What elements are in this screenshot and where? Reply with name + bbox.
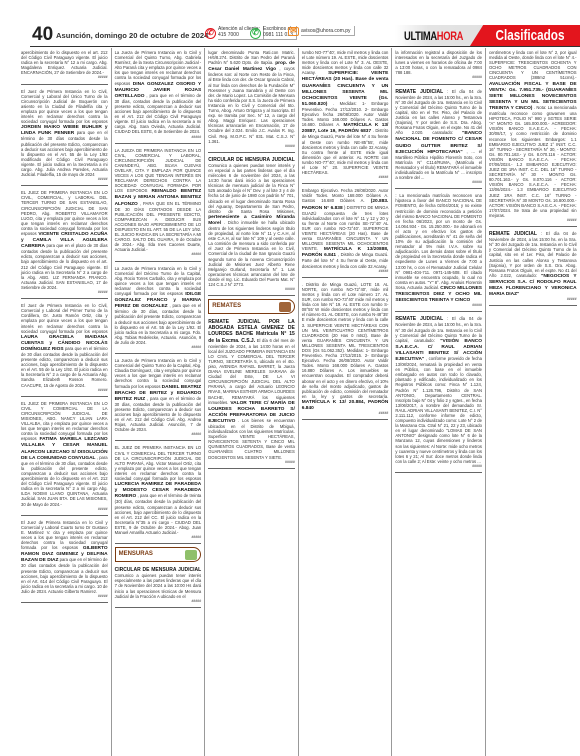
- ad-body: . Dicho inmueble se halla ubicado dentro…: [208, 220, 295, 287]
- ad-body: Comunico a quienes puedan tener interés …: [115, 573, 202, 598]
- ad-body: apercibimiento de lo dispuesto en el art…: [21, 50, 108, 75]
- column-5: la información registral a disposición d…: [392, 48, 486, 756]
- section-banner-remates: REMATES: [208, 299, 295, 314]
- ad-ref-tag: #####: [21, 290, 108, 295]
- ad-body: , para que en el término de 30 días, con…: [115, 93, 202, 135]
- classified-ad: REMATE JUDICIAL : El día 04 de Noviembre…: [489, 229, 577, 306]
- ad-body: La Jueza de Primera Instancia en lo Civi…: [115, 50, 202, 86]
- ad-ref-tag: #####: [208, 144, 295, 149]
- column-3: lugar denominado Punta Rati.con Matric. …: [205, 48, 299, 756]
- ad-ref-tag: #####: [302, 175, 389, 180]
- ad-body: para que en el término de 30 días contad…: [21, 346, 108, 388]
- classified-ad: EL JUEZ DE PRIMERA INSTANCIA EN LO CIVIL…: [115, 443, 202, 544]
- ad-heading: REMATE JUDICIAL: [395, 316, 443, 322]
- ad-body: LA JUEZA DE PRIMERA INSTANCIA EN LO CIVI…: [115, 148, 202, 194]
- classified-ad: la información registral a disposición d…: [395, 48, 482, 85]
- ad-body: : El día 04 de Noviembre de 2024, a las …: [395, 89, 482, 136]
- ad-ref-tag: #####: [489, 218, 577, 223]
- classified-ad: REMATE JUDICIAL POR LA ABOGADA ESTELA GI…: [208, 317, 295, 469]
- ad-body: , cuyos linderos son: al Norte con Resto…: [208, 66, 295, 143]
- ad-body: . Los bienes se encuentran ubicados en e…: [208, 418, 295, 460]
- survey-icon: [185, 550, 197, 560]
- contact-value: avisos@uhora.com.py: [301, 28, 351, 34]
- section-title: Clasificados: [491, 25, 569, 46]
- classified-ad: Embargo Ejecutivo. Fecha 26/08/2020. Aut…: [302, 186, 389, 278]
- classified-ad: La Jueza de Primera Instancia en lo Civi…: [115, 356, 202, 441]
- classifieds-columns: apercibimiento de lo dispuesto en el art…: [18, 48, 580, 756]
- page-number: 40: [32, 24, 53, 46]
- ad-ref-tag: #####: [395, 464, 482, 469]
- ad-ref-tag: #####: [489, 297, 577, 302]
- classified-ad: CIRCULAR DE MENSURA JUDICIAL Comunico a …: [208, 155, 295, 296]
- ad-ref-tag: #####: [395, 303, 482, 308]
- classified-ad: La Jueza de Primera Instancia en lo Civi…: [115, 48, 202, 144]
- ad-body: . Nota: La mencionada matrícula reconoce…: [489, 105, 577, 218]
- ad-ref-tag: #####: [395, 75, 482, 80]
- ad-ref-tag: #####: [21, 75, 108, 80]
- ad-ref-tag: #####: [302, 411, 389, 416]
- email-contact[interactable]: ✉ avisos@uhora.com.py: [288, 26, 355, 36]
- ad-body: , PARA QUE EN EL TÉRMINO DE 30 DÍAS CONT…: [115, 201, 202, 253]
- ad-body: para que en el plazo de 30 días contados…: [21, 243, 108, 290]
- ad-body: EL JUEZ DE PRIMERA INSTANCIA EN LO CIVIL…: [21, 401, 108, 442]
- ad-heading: REMATE JUDICIAL: [489, 231, 537, 237]
- ad-ref-tag: #####: [115, 535, 202, 540]
- ad-body: El Juez de Primera Instancia en lo Civil…: [21, 89, 108, 125]
- ad-ref-tag: #####: [115, 432, 202, 437]
- ad-body: la información registral a disposición d…: [395, 50, 482, 75]
- ad-body: , para que en el término de treinta (30)…: [115, 493, 202, 535]
- classified-ad: LA JUEZA DE PRIMERA INSTANCIA EN LO CIVI…: [115, 146, 202, 262]
- classified-ad: El Juez de Primera Instancia en lo Civil…: [21, 87, 108, 187]
- classified-ad: . Distrito de Minga Guazú, LOTE 18. AL N…: [302, 280, 389, 420]
- ad-body: , para que en el término de 30 días, con…: [115, 396, 202, 433]
- classified-ad: : La mencionada matrícula reconocen una …: [395, 191, 482, 312]
- classified-ad: REMATE JUDICIAL : El día 04 de Noviembre…: [395, 87, 482, 190]
- classified-ad: REMATE JUDICIAL : El día 04 de Noviembre…: [395, 314, 482, 473]
- ad-heading: REMATE JUDICIAL: [395, 89, 443, 95]
- ad-body: Comunico a quienes puedan tener interés …: [208, 163, 295, 214]
- column-4: rumbo NO-77°40', mide mil metros y linda…: [299, 48, 393, 756]
- classified-ad: rumbo NO-77°40', mide mil metros y linda…: [302, 48, 389, 184]
- gavel-icon: [279, 302, 291, 312]
- ad-body: : La mencionada matrícula reconocen una …: [395, 193, 482, 290]
- classified-ad: CIRCULAR DE MENSURA JUDICIAL Comunico a …: [115, 565, 202, 608]
- banner-label: REMATES: [212, 304, 241, 309]
- classified-ad: El Juez de Primera Instancia en lo Civil…: [21, 301, 108, 397]
- ad-body: : El día 04 de Noviembre de 2024, a las …: [489, 231, 577, 278]
- banner-label: MENSURAS: [119, 552, 153, 557]
- column-6: centímetros y linda con el lote N° 2, po…: [486, 48, 580, 756]
- ad-body: . Distrito de Minga Guazú, Parte del lot…: [302, 128, 389, 175]
- classified-ad: lugar denominado Punta Rati.con Matric. …: [208, 48, 295, 153]
- ad-ref-tag: #####: [115, 135, 202, 140]
- ad-body: para que en el término de 30 días contad…: [21, 557, 108, 594]
- phone-icon: ✆: [205, 28, 216, 39]
- classified-ad: La Jueza de Primera Instancia en lo Civi…: [115, 264, 202, 355]
- classified-ad: centímetros y linda con el lote N° 2, po…: [489, 48, 577, 227]
- contact-value: 415 7000: [218, 32, 239, 38]
- whatsapp-icon: ✆: [250, 28, 261, 39]
- ad-ref-tag: #####: [21, 388, 108, 393]
- email-icon: ✉: [288, 27, 299, 36]
- ad-ref-tag: #####: [302, 269, 389, 274]
- ad-body: para que en el término de 30 días contad…: [21, 130, 108, 177]
- ad-body: , para que en el término de 30 días, con…: [115, 303, 202, 345]
- column-2: La Jueza de Primera Instancia en lo Civi…: [112, 48, 206, 756]
- ad-body: centímetros y linda con el lote N° 2, po…: [489, 50, 577, 80]
- ad-ref-tag: #####: [208, 287, 295, 292]
- ad-body: , conforme proveido de fecha 13/08/2024,…: [395, 356, 482, 464]
- ad-body: , para que en el término de 30 días, con…: [21, 455, 108, 507]
- ad-body: ) DISTRITO DE MINGA GUAZÚ compuesta de t…: [302, 205, 389, 252]
- ad-body: El Juez de Primera Instancia en lo Civil…: [21, 303, 108, 333]
- ad-ref-tag: #####: [115, 345, 202, 350]
- classified-ad: EL JUEZ DE PRIMERA INSTANCIA EN LO CIVIL…: [21, 399, 108, 516]
- ad-heading: CIRCULAR DE MENSURA JUDICIAL: [208, 157, 295, 163]
- classified-ad: apercibimiento de lo dispuesto en el art…: [21, 48, 108, 85]
- ad-body: EL JUEZ DE PRIMERA INSTANCIA EN LO CIVIL…: [115, 445, 202, 481]
- page-header: 40 Asunción, domingo 20 de octubre de 20…: [0, 0, 580, 44]
- classified-ad: El Juez de Primera Instancia en lo Civil…: [21, 518, 108, 603]
- classified-ad: EL JUEZ DE PRIMERA INSTANCIA EN LO CIVIL…: [21, 188, 108, 299]
- ad-ref-tag: #####: [208, 460, 295, 465]
- header-rule: [30, 46, 580, 47]
- ad-ref-tag: #####: [115, 252, 202, 257]
- ad-ref-tag: #####: [21, 594, 108, 599]
- ad-ref-tag: #####: [21, 507, 108, 512]
- ad-body: El día 6 del mes de noviembre de 2024, a…: [208, 338, 295, 405]
- ad-body: EL JUEZ DE PRIMERA INSTANCIA EN LO CIVIL…: [21, 190, 108, 236]
- ad-ref-tag: #####: [115, 599, 202, 604]
- ad-ref-tag: #####: [21, 177, 108, 182]
- ad-body: . Distrito de Minga Guazú, LOTE 18. AL N…: [302, 282, 389, 399]
- ad-heading: CIRCULAR DE MENSURA JUDICIAL: [115, 567, 202, 573]
- ad-party-names: MATRÍCULA K 13/ 20.884, PADRÓN 6.840: [302, 400, 389, 411]
- date-line: Asunción, domingo 20 de octubre de 2024: [56, 31, 208, 40]
- column-1: apercibimiento de lo dispuesto en el art…: [18, 48, 112, 756]
- newspaper-logo: ULTIMAHORA: [404, 29, 463, 43]
- ad-ref-tag: #####: [395, 180, 482, 185]
- section-banner-mensuras: MENSURAS: [115, 547, 202, 562]
